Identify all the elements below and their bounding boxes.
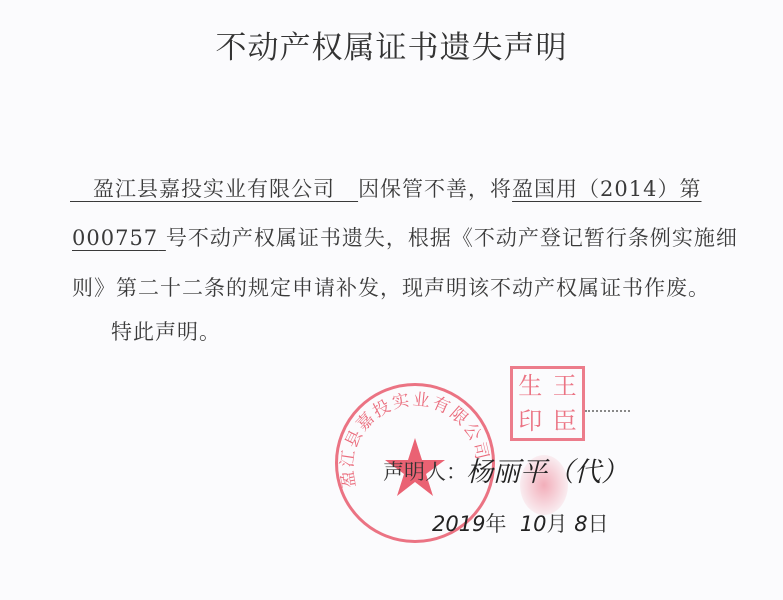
closing-statement: 特此声明。 [111,316,221,346]
seal-char: 印 [513,404,548,439]
declarant-label: 声明人： [383,456,467,486]
date-month: 10 [520,512,547,536]
body-line-2: 000757 号不动产权属证书遗失，根据《不动产登记暂行条例实施细 [72,222,738,252]
seal-char: 生 [513,369,548,404]
body-text: 因保管不善，将 [358,177,512,201]
body-text: 号不动产权属证书遗失，根据《不动产登记暂行条例实施细 [166,226,738,250]
square-personal-seal: 生 王 印 臣 [510,366,585,441]
date-year: 2019 [432,512,485,536]
body-line-3: 则》第二十二条的规定申请补发，现声明该不动产权属证书作废。 [72,272,710,302]
dotted-mark [585,410,630,412]
declaration-date: 2019年 10月 8日 [432,508,609,538]
certificate-number-underlined: 000757 [72,226,166,250]
certificate-prefix-underlined: 盈国用（2014）第 [512,177,701,201]
company-name-underlined: 盈江县嘉投实业有限公司 [70,177,358,201]
document-title: 不动产权属证书遗失声明 [0,22,783,67]
body-line-1: 盈江县嘉投实业有限公司 因保管不善，将盈国用（2014）第 [70,173,702,203]
handwritten-signature: 杨丽平（代） [466,450,628,489]
date-day: 8 [574,512,587,536]
seal-char: 王 [548,369,583,404]
seal-char: 臣 [548,404,583,439]
